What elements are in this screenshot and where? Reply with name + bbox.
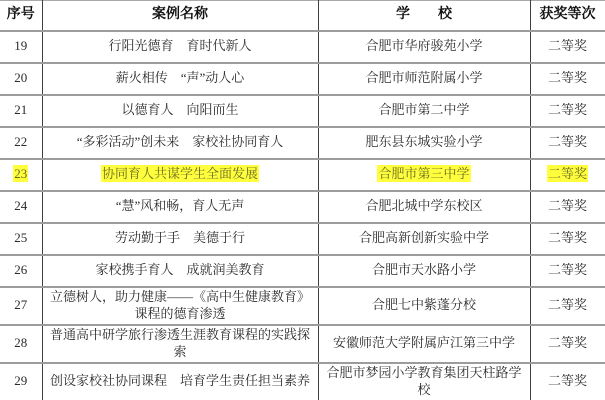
- school-cell: 肥东县东城实验小学: [318, 127, 530, 159]
- school-name: 合肥高新创新实验中学: [359, 230, 489, 245]
- case-name: 创设家校社协同课程 培育学生责任担当素养: [50, 373, 310, 388]
- school-cell: 合肥北城中学东校区: [318, 191, 530, 223]
- school-name: 合肥七中紫蓬分校: [372, 297, 476, 312]
- case-name-cell: 薪火相传 “声”动人心: [42, 63, 318, 95]
- school-cell: 合肥市师范附属小学: [318, 63, 530, 95]
- case-name: “多彩活动”创未来 家校社协同育人: [77, 134, 284, 149]
- case-name: 家校携手育人 成就润美教育: [95, 262, 264, 277]
- case-name: 普通高中研学旅行渗透生涯教育课程的实践探索: [50, 327, 310, 359]
- table-row: 26 家校携手育人 成就润美教育 合肥市天水路小学 二等奖: [0, 255, 605, 287]
- header-serial-number: 序号: [0, 1, 42, 31]
- award-level: 二等奖: [548, 373, 587, 388]
- award-level: 二等奖: [548, 134, 587, 149]
- case-name: 劳动勤于手 美德于行: [115, 230, 245, 245]
- award-cell: 二等奖: [530, 363, 605, 400]
- row-number-cell: 25: [0, 223, 42, 255]
- award-level: 二等奖: [548, 198, 587, 213]
- award-cell: 二等奖: [530, 159, 605, 191]
- table-row: 24 “慧”风和畅，育人无声 合肥北城中学东校区 二等奖: [0, 191, 605, 223]
- row-number: 19: [14, 38, 27, 53]
- school-name: 合肥市梦园小学教育集团天柱路学校: [326, 365, 521, 397]
- header-row: 序号 案例名称 学 校 获奖等次: [0, 1, 605, 31]
- row-number: 26: [14, 262, 27, 277]
- award-cell: 二等奖: [530, 255, 605, 287]
- award-level: 二等奖: [548, 38, 587, 53]
- header-award-level: 获奖等次: [530, 1, 605, 31]
- award-level: 二等奖: [548, 262, 587, 277]
- school-name: 合肥市天水路小学: [372, 262, 476, 277]
- table-header: 序号 案例名称 学 校 获奖等次: [0, 1, 605, 31]
- award-cell: 二等奖: [530, 223, 605, 255]
- case-name-cell: 普通高中研学旅行渗透生涯教育课程的实践探索: [42, 325, 318, 363]
- award-level: 二等奖: [548, 230, 587, 245]
- row-number: 20: [14, 70, 27, 85]
- school-name: 安徽师范大学附属庐江第三中学: [333, 335, 515, 350]
- school-name: 肥东县东城实验小学: [365, 134, 482, 149]
- table-body: 19 行阳光德育 育时代新人 合肥市华府骏苑小学 二等奖 20 薪火相传 “声”…: [0, 31, 605, 400]
- table-row: 19 行阳光德育 育时代新人 合肥市华府骏苑小学 二等奖: [0, 31, 605, 63]
- school-name: 合肥市第三中学: [377, 165, 470, 182]
- school-cell: 合肥市第二中学: [318, 95, 530, 127]
- case-name-cell: 协同育人共谋学生全面发展: [42, 159, 318, 191]
- case-name: 薪火相传 “声”动人心: [116, 70, 245, 85]
- row-number-cell: 24: [0, 191, 42, 223]
- row-number-cell: 29: [0, 363, 42, 400]
- school-name: 合肥市第二中学: [378, 102, 469, 117]
- case-name-cell: “多彩活动”创未来 家校社协同育人: [42, 127, 318, 159]
- row-number: 28: [14, 335, 27, 350]
- case-name: 协同育人共谋学生全面发展: [101, 165, 259, 182]
- award-level: 二等奖: [548, 335, 587, 350]
- header-case-name: 案例名称: [42, 1, 318, 31]
- table-row: 25 劳动勤于手 美德于行 合肥高新创新实验中学 二等奖: [0, 223, 605, 255]
- row-number-cell: 19: [0, 31, 42, 63]
- case-name-cell: 立德树人，助力健康——《高中生健康教育》课程的德育渗透: [42, 287, 318, 325]
- school-cell: 合肥市梦园小学教育集团天柱路学校: [318, 363, 530, 400]
- table-row: 28 普通高中研学旅行渗透生涯教育课程的实践探索 安徽师范大学附属庐江第三中学 …: [0, 325, 605, 363]
- row-number-cell: 20: [0, 63, 42, 95]
- row-number-cell: 27: [0, 287, 42, 325]
- case-name-cell: 家校携手育人 成就润美教育: [42, 255, 318, 287]
- row-number: 24: [14, 198, 27, 213]
- case-name-cell: 劳动勤于手 美德于行: [42, 223, 318, 255]
- table-row: 20 薪火相传 “声”动人心 合肥市师范附属小学 二等奖: [0, 63, 605, 95]
- award-cell: 二等奖: [530, 95, 605, 127]
- case-name: “慧”风和畅，育人无声: [116, 198, 245, 213]
- table-row: 23 协同育人共谋学生全面发展 合肥市第三中学 二等奖: [0, 159, 605, 191]
- row-number: 27: [14, 297, 27, 312]
- school-cell: 合肥高新创新实验中学: [318, 223, 530, 255]
- award-cell: 二等奖: [530, 325, 605, 363]
- school-name: 合肥市师范附属小学: [365, 70, 482, 85]
- award-cell: 二等奖: [530, 191, 605, 223]
- award-cell: 二等奖: [530, 63, 605, 95]
- case-name-cell: 行阳光德育 育时代新人: [42, 31, 318, 63]
- school-name: 合肥北城中学东校区: [365, 198, 482, 213]
- school-cell: 合肥市天水路小学: [318, 255, 530, 287]
- row-number-cell: 22: [0, 127, 42, 159]
- row-number: 23: [13, 165, 28, 182]
- header-school: 学 校: [318, 1, 530, 31]
- award-cell: 二等奖: [530, 31, 605, 63]
- award-results-table: 序号 案例名称 学 校 获奖等次 19 行阳光德育 育时代新人 合肥市华府骏苑小…: [0, 0, 605, 400]
- case-name-cell: 创设家校社协同课程 培育学生责任担当素养: [42, 363, 318, 400]
- award-level: 二等奖: [548, 70, 587, 85]
- award-level: 二等奖: [547, 165, 588, 182]
- award-level: 二等奖: [548, 297, 587, 312]
- case-name-cell: “慧”风和畅，育人无声: [42, 191, 318, 223]
- case-name-cell: 以德育人 向阳而生: [42, 95, 318, 127]
- school-cell: 合肥七中紫蓬分校: [318, 287, 530, 325]
- case-name: 行阳光德育 育时代新人: [108, 38, 251, 53]
- table-row: 21 以德育人 向阳而生 合肥市第二中学 二等奖: [0, 95, 605, 127]
- row-number-cell: 23: [0, 159, 42, 191]
- award-level: 二等奖: [548, 102, 587, 117]
- school-cell: 合肥市第三中学: [318, 159, 530, 191]
- table-row: 29 创设家校社协同课程 培育学生责任担当素养 合肥市梦园小学教育集团天柱路学校…: [0, 363, 605, 400]
- row-number: 25: [14, 230, 27, 245]
- school-cell: 安徽师范大学附属庐江第三中学: [318, 325, 530, 363]
- row-number-cell: 28: [0, 325, 42, 363]
- row-number: 21: [14, 102, 27, 117]
- row-number-cell: 21: [0, 95, 42, 127]
- award-cell: 二等奖: [530, 287, 605, 325]
- award-cell: 二等奖: [530, 127, 605, 159]
- table-row: 22 “多彩活动”创未来 家校社协同育人 肥东县东城实验小学 二等奖: [0, 127, 605, 159]
- table-row: 27 立德树人，助力健康——《高中生健康教育》课程的德育渗透 合肥七中紫蓬分校 …: [0, 287, 605, 325]
- row-number: 29: [14, 373, 27, 388]
- case-name: 立德树人，助力健康——《高中生健康教育》课程的德育渗透: [50, 289, 310, 321]
- school-cell: 合肥市华府骏苑小学: [318, 31, 530, 63]
- school-name: 合肥市华府骏苑小学: [365, 38, 482, 53]
- row-number: 22: [14, 134, 27, 149]
- row-number-cell: 26: [0, 255, 42, 287]
- case-name: 以德育人 向阳而生: [121, 102, 238, 117]
